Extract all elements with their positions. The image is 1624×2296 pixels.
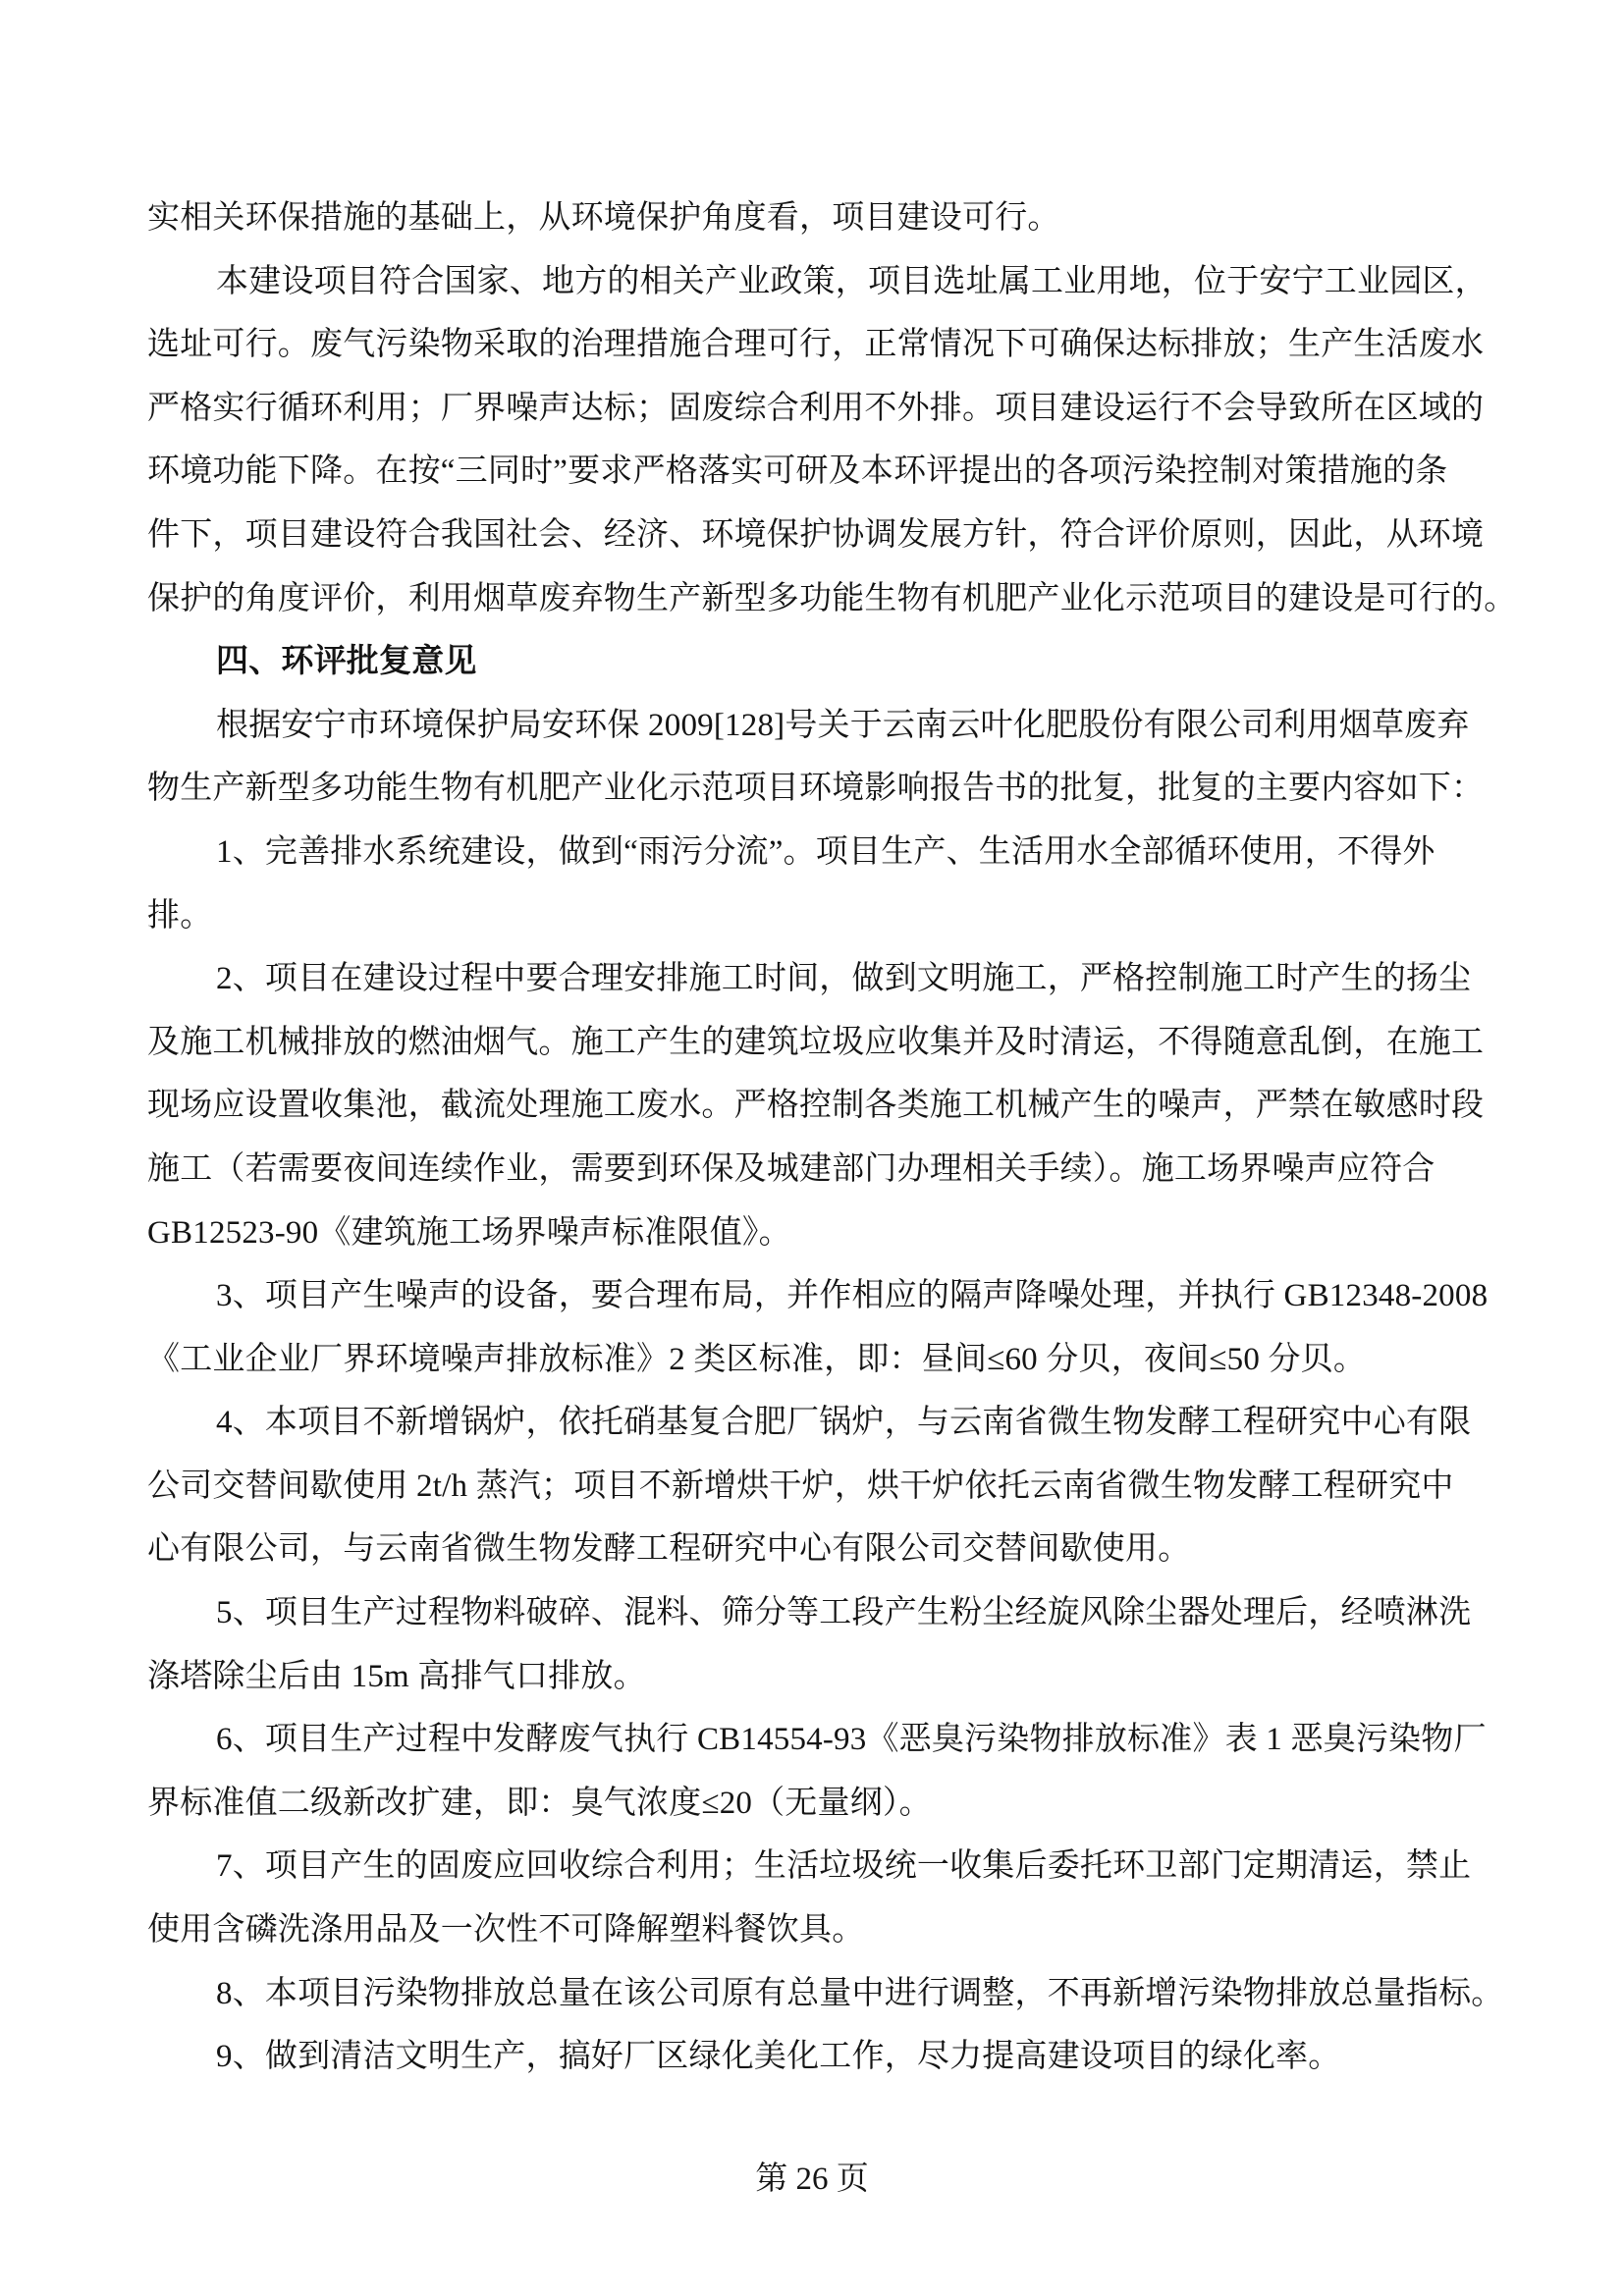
text-line: 9、做到清洁文明生产，搞好厂区绿化美化工作，尽力提高建设项目的绿化率。 bbox=[147, 2025, 1522, 2089]
text-line: 排。 bbox=[147, 884, 1522, 948]
text-line: 环境功能下降。在按“三同时”要求严格落实可研及本环评提出的各项污染控制对策措施的… bbox=[147, 440, 1522, 504]
text-line: 保护的角度评价，利用烟草废弃物生产新型多功能生物有机肥产业化示范项目的建设是可行… bbox=[147, 567, 1522, 631]
text-line: 8、本项目污染物排放总量在该公司原有总量中进行调整，不再新增污染物排放总量指标。 bbox=[147, 1962, 1522, 2026]
text-line: 根据安宁市环境保护局安环保 2009[128]号关于云南云叶化肥股份有限公司利用… bbox=[147, 694, 1522, 758]
page-footer: 第 26 页 bbox=[0, 2155, 1624, 2204]
text-line: 选址可行。废气污染物采取的治理措施合理可行，正常情况下可确保达标排放；生产生活废… bbox=[147, 313, 1522, 377]
text-line: 实相关环保措施的基础上，从环境保护角度看，项目建设可行。 bbox=[147, 187, 1522, 250]
text-line: 涤塔除尘后由 15m 高排气口排放。 bbox=[147, 1645, 1522, 1709]
text-line: 3、项目产生噪声的设备，要合理布局，并作相应的隔声降噪处理，并执行 GB1234… bbox=[147, 1264, 1522, 1328]
text-line: 使用含磷洗涤用品及一次性不可降解塑料餐饮具。 bbox=[147, 1898, 1522, 1962]
page-number: 第 26 页 bbox=[755, 2162, 869, 2197]
text-line: 4、本项目不新增锅炉，依托硝基复合肥厂锅炉，与云南省微生物发酵工程研究中心有限 bbox=[147, 1391, 1522, 1455]
text-line: 公司交替间歇使用 2t/h 蒸汽；项目不新增烘干炉，烘干炉依托云南省微生物发酵工… bbox=[147, 1455, 1522, 1519]
document-body: 实相关环保措施的基础上，从环境保护角度看，项目建设可行。本建设项目符合国家、地方… bbox=[147, 187, 1522, 2089]
text-line: 施工（若需要夜间连续作业，需要到环保及城建部门办理相关手续）。施工场界噪声应符合 bbox=[147, 1138, 1522, 1201]
text-line: 5、项目生产过程物料破碎、混料、筛分等工段产生粉尘经旋风除尘器处理后，经喷淋洗 bbox=[147, 1581, 1522, 1645]
text-line: 心有限公司，与云南省微生物发酵工程研究中心有限公司交替间歇使用。 bbox=[147, 1518, 1522, 1581]
text-line: 7、项目产生的固废应回收综合利用；生活垃圾统一收集后委托环卫部门定期清运，禁止 bbox=[147, 1835, 1522, 1898]
text-line: 严格实行循环利用；厂界噪声达标；固废综合利用不外排。项目建设运行不会导致所在区域… bbox=[147, 377, 1522, 441]
text-line: 《工业企业厂界环境噪声排放标准》2 类区标准，即：昼间≤60 分贝，夜间≤50 … bbox=[147, 1328, 1522, 1392]
text-line: GB12523-90《建筑施工场界噪声标准限值》。 bbox=[147, 1201, 1522, 1265]
text-line: 2、项目在建设过程中要合理安排施工时间，做到文明施工，严格控制施工时产生的扬尘 bbox=[147, 947, 1522, 1011]
text-line: 及施工机械排放的燃油烟气。施工产生的建筑垃圾应收集并及时清运，不得随意乱倒，在施… bbox=[147, 1011, 1522, 1075]
document-page: 实相关环保措施的基础上，从环境保护角度看，项目建设可行。本建设项目符合国家、地方… bbox=[0, 0, 1624, 2296]
text-line: 物生产新型多功能生物有机肥产业化示范项目环境影响报告书的批复，批复的主要内容如下… bbox=[147, 757, 1522, 821]
text-line: 件下，项目建设符合我国社会、经济、环境保护协调发展方针，符合评价原则，因此，从环… bbox=[147, 504, 1522, 567]
section-heading: 四、环评批复意见 bbox=[147, 630, 1522, 694]
text-line: 现场应设置收集池，截流处理施工废水。严格控制各类施工机械产生的噪声，严禁在敏感时… bbox=[147, 1074, 1522, 1138]
text-line: 本建设项目符合国家、地方的相关产业政策，项目选址属工业用地，位于安宁工业园区， bbox=[147, 250, 1522, 314]
text-line: 6、项目生产过程中发酵废气执行 CB14554-93《恶臭污染物排放标准》表 1… bbox=[147, 1708, 1522, 1772]
text-line: 界标准值二级新改扩建，即：臭气浓度≤20（无量纲）。 bbox=[147, 1772, 1522, 1836]
text-line: 1、完善排水系统建设，做到“雨污分流”。项目生产、生活用水全部循环使用，不得外 bbox=[147, 821, 1522, 884]
